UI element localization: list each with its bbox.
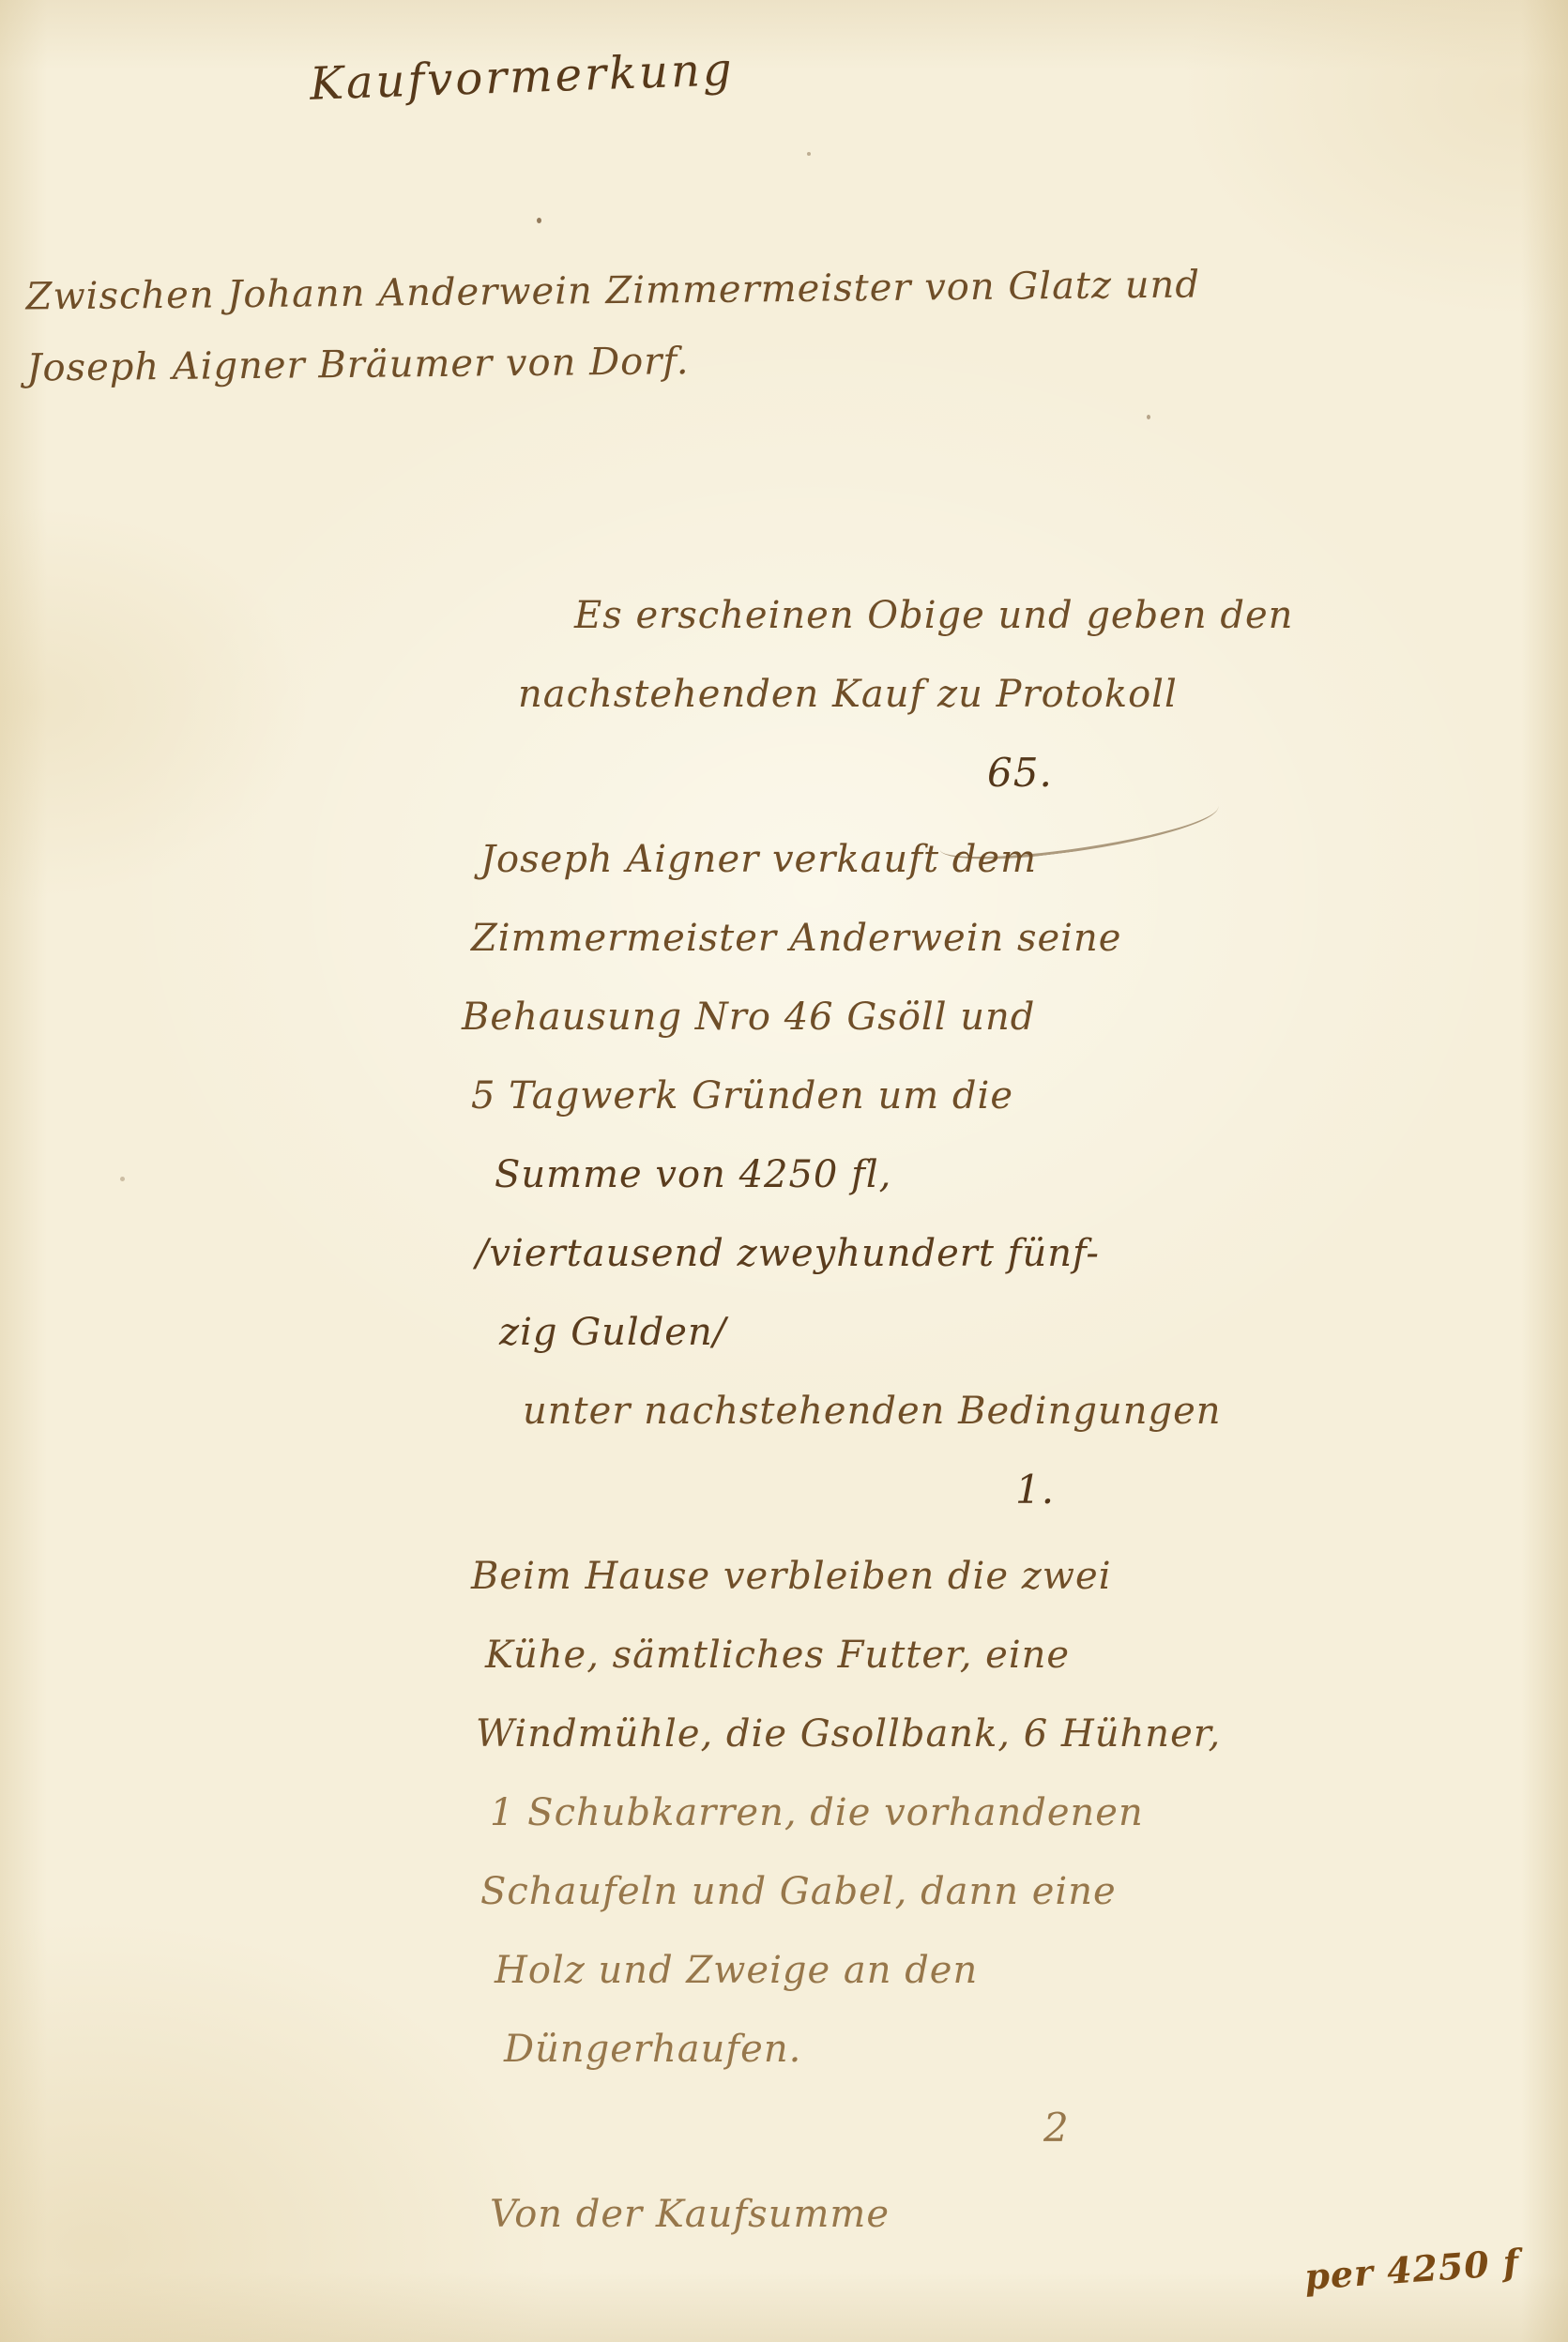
manuscript-page: Kaufvormerkung Zwischen Johann Anderwein… xyxy=(0,0,1568,2342)
clause-1-line: Holz und Zweige an den xyxy=(495,1940,1119,2019)
intro-line: Joseph Aigner Bräumer von Dorf. xyxy=(26,320,1201,403)
sale-line: 5 Tagwerk Gründen um die xyxy=(471,1066,1119,1145)
clause-2-marker: 2 xyxy=(1043,2098,1119,2184)
clause-1-line: Schaufeln und Gabel, dann eine xyxy=(480,1862,1119,1940)
document-title: Kaufvormerkung xyxy=(309,43,735,111)
ink-speck xyxy=(537,218,541,223)
sale-line-amount-words: zig Gulden/ xyxy=(499,1302,1119,1381)
intro-line: Zwischen Johann Anderwein Zimmermeister … xyxy=(25,249,1200,332)
intro-paragraph: Zwischen Johann Anderwein Zimmermeister … xyxy=(25,249,1201,403)
sale-line: unter nachstehenden Bedingungen xyxy=(523,1381,1119,1460)
ink-speck xyxy=(120,1177,125,1181)
clause-1-line: Windmühle, die Gsollbank, 6 Hühner, xyxy=(476,1704,1119,1783)
sale-line: Behausung Nro 46 Gsöll und xyxy=(462,987,1119,1066)
sale-line: Zimmermeister Anderwein seine xyxy=(471,908,1119,987)
clause-1-line: 1 Schubkarren, die vorhandenen xyxy=(490,1783,1119,1862)
amount-margin-note: per 4250 f xyxy=(1303,2241,1521,2298)
ink-speck xyxy=(1147,415,1150,419)
clause-1-line: Kühe, sämtliches Futter, eine xyxy=(485,1625,1119,1704)
sale-line-amount: Summe von 4250 fl, xyxy=(495,1145,1119,1224)
protocol-line: Es erscheinen Obige und geben den xyxy=(574,585,1119,664)
ink-speck xyxy=(807,152,811,156)
closing-line: Von der Kaufsumme xyxy=(490,2184,1119,2263)
sale-line-amount-words: /viertausend zweyhundert fünf- xyxy=(476,1224,1119,1302)
clause-1-marker: 1. xyxy=(1015,1460,1119,1546)
protocol-line: nachstehenden Kauf zu Protokoll xyxy=(518,664,1119,743)
clause-1-line: Beim Hause verbleiben die zwei xyxy=(471,1546,1119,1625)
clause-1-line: Düngerhaufen. xyxy=(504,2019,1119,2098)
